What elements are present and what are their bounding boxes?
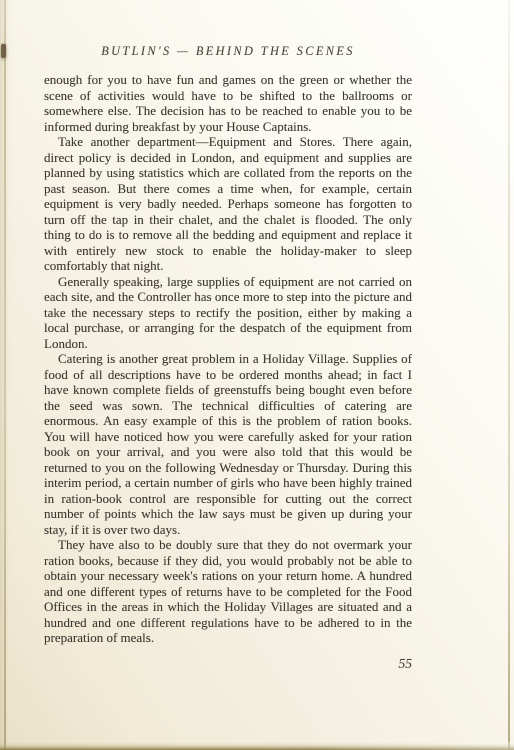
page-content: BUTLIN'S — BEHIND THE SCENES enough for … [44, 44, 412, 672]
page-number: 55 [44, 656, 412, 672]
paragraph: enough for you to have fun and games on … [44, 72, 412, 134]
book-page-scan: BUTLIN'S — BEHIND THE SCENES enough for … [0, 0, 514, 750]
paragraph: Generally speaking, large supplies of eq… [44, 274, 412, 352]
body-text: enough for you to have fun and games on … [44, 72, 412, 646]
paragraph: They have also to be doubly sure that th… [44, 537, 412, 646]
running-header: BUTLIN'S — BEHIND THE SCENES [44, 44, 412, 59]
page-left-edge-shadow [0, 0, 15, 750]
paragraph: Catering is another great problem in a H… [44, 351, 412, 537]
binding-mark [1, 44, 6, 58]
page-right-edge-line [508, 0, 510, 750]
page-bottom-edge-shadow [0, 742, 514, 750]
paragraph: Take another department—Equipment and St… [44, 134, 412, 274]
